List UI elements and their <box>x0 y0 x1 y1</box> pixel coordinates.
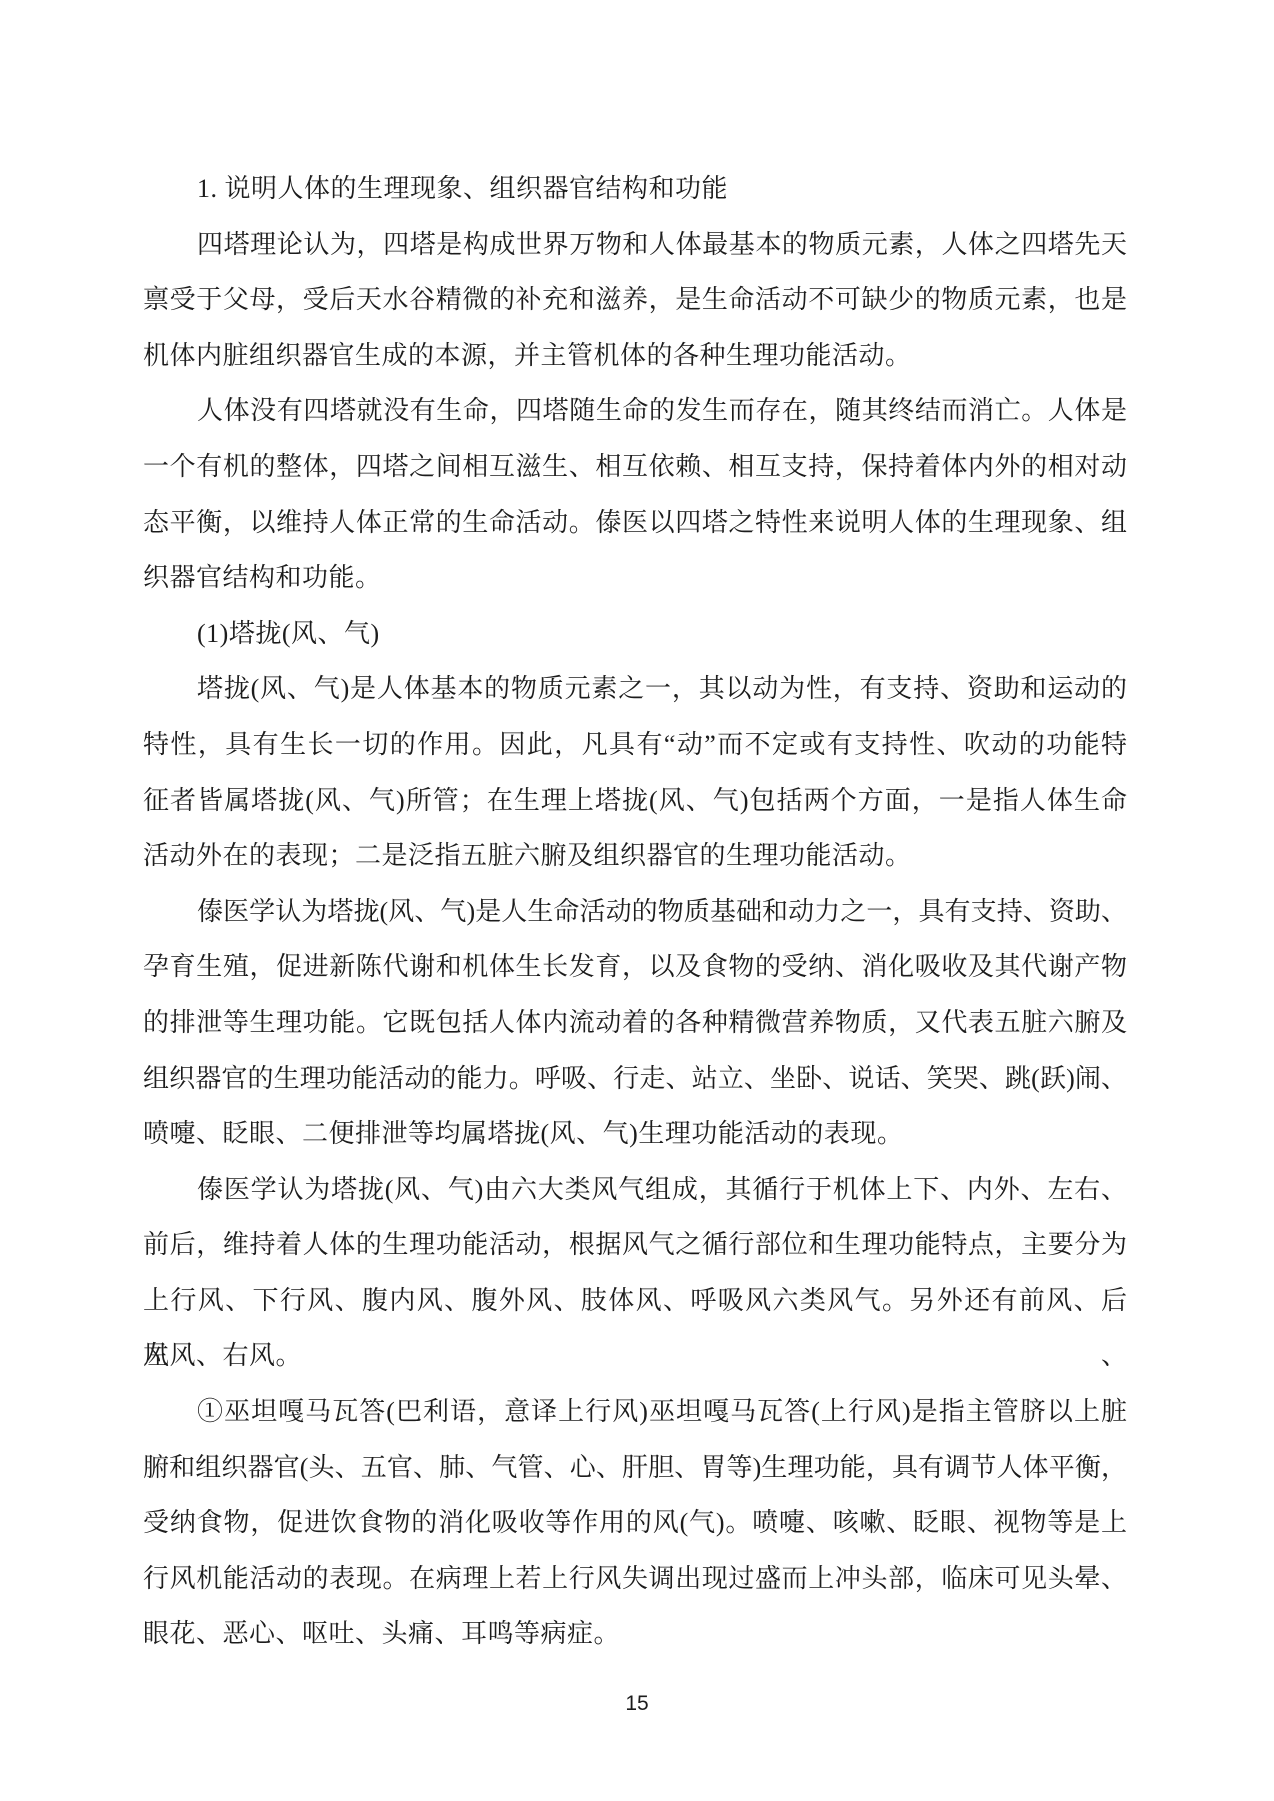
text-line: 禀受于父母，受后天水谷精微的补充和滋养，是生命活动不可缺少的物质元素，也是 <box>143 272 1127 328</box>
text-line: 腑和组织器官(头、五官、肺、气管、心、肝胆、胃等)生理功能，具有调节人体平衡， <box>143 1440 1127 1496</box>
text-line: 态平衡，以维持人体正常的生命活动。傣医以四塔之特性来说明人体的生理现象、组 <box>143 495 1127 551</box>
text-line: 活动外在的表现；二是泛指五脏六腑及组织器官的生理功能活动。 <box>143 828 1127 884</box>
text-line: 傣医学认为塔拢(风、气)由六大类风气组成，其循行于机体上下、内外、左右、 <box>143 1162 1127 1218</box>
text-line: 前后，维持着人体的生理功能活动，根据风气之循行部位和生理功能特点，主要分为 <box>143 1217 1127 1273</box>
page-number: 15 <box>0 1692 1274 1716</box>
text-line: 的排泄等生理功能。它既包括人体内流动着的各种精微营养物质，又代表五脏六腑及 <box>143 995 1127 1051</box>
document-page: 1. 说明人体的生理现象、组织器官结构和功能 四塔理论认为，四塔是构成世界万物和… <box>0 0 1274 1801</box>
text-line: 四塔理论认为，四塔是构成世界万物和人体最基本的物质元素，人体之四塔先天 <box>143 217 1127 273</box>
text-line: 孕育生殖，促进新陈代谢和机体生长发育，以及食物的受纳、消化吸收及其代谢产物 <box>143 939 1127 995</box>
text-line: 一个有机的整体，四塔之间相互滋生、相互依赖、相互支持，保持着体内外的相对动 <box>143 439 1127 495</box>
text-line: 塔拢(风、气)是人体基本的物质元素之一，其以动为性，有支持、资助和运动的 <box>143 661 1127 717</box>
text-line: 喷嚏、眨眼、二便排泄等均属塔拢(风、气)生理功能活动的表现。 <box>143 1106 1127 1162</box>
text-line: ①巫坦嘎马瓦答(巴利语，意译上行风)巫坦嘎马瓦答(上行风)是指主管脐以上脏 <box>143 1384 1127 1440</box>
text-line: 傣医学认为塔拢(风、气)是人生命活动的物质基础和动力之一，具有支持、资助、 <box>143 884 1127 940</box>
text-line: 人体没有四塔就没有生命，四塔随生命的发生而存在，随其终结而消亡。人体是 <box>143 383 1127 439</box>
text-line: 织器官结构和功能。 <box>143 550 1127 606</box>
text-line: 征者皆属塔拢(风、气)所管；在生理上塔拢(风、气)包括两个方面，一是指人体生命 <box>143 773 1127 829</box>
text-line: 组织器官的生理功能活动的能力。呼吸、行走、站立、坐卧、说话、笑哭、跳(跃)闹、 <box>143 1051 1127 1107</box>
text-line: 机体内脏组织器官生成的本源，并主管机体的各种生理功能活动。 <box>143 328 1127 384</box>
text-line: 受纳食物，促进饮食物的消化吸收等作用的风(气)。喷嚏、咳嗽、眨眼、视物等是上 <box>143 1495 1127 1551</box>
text-line: 上行风、下行风、腹内风、腹外风、肢体风、呼吸风六类风气。另外还有前风、后风、 <box>143 1273 1127 1329</box>
subheading-line: (1)塔拢(风、气) <box>143 606 1127 662</box>
text-block: 1. 说明人体的生理现象、组织器官结构和功能 四塔理论认为，四塔是构成世界万物和… <box>143 161 1127 1662</box>
text-line: 眼花、恶心、呕吐、头痛、耳鸣等病症。 <box>143 1606 1127 1662</box>
text-line: 行风机能活动的表现。在病理上若上行风失调出现过盛而上冲头部，临床可见头晕、 <box>143 1551 1127 1607</box>
heading-line: 1. 说明人体的生理现象、组织器官结构和功能 <box>143 161 1127 217</box>
text-line: 特性，具有生长一切的作用。因此，凡具有“动”而不定或有支持性、吹动的功能特 <box>143 717 1127 773</box>
